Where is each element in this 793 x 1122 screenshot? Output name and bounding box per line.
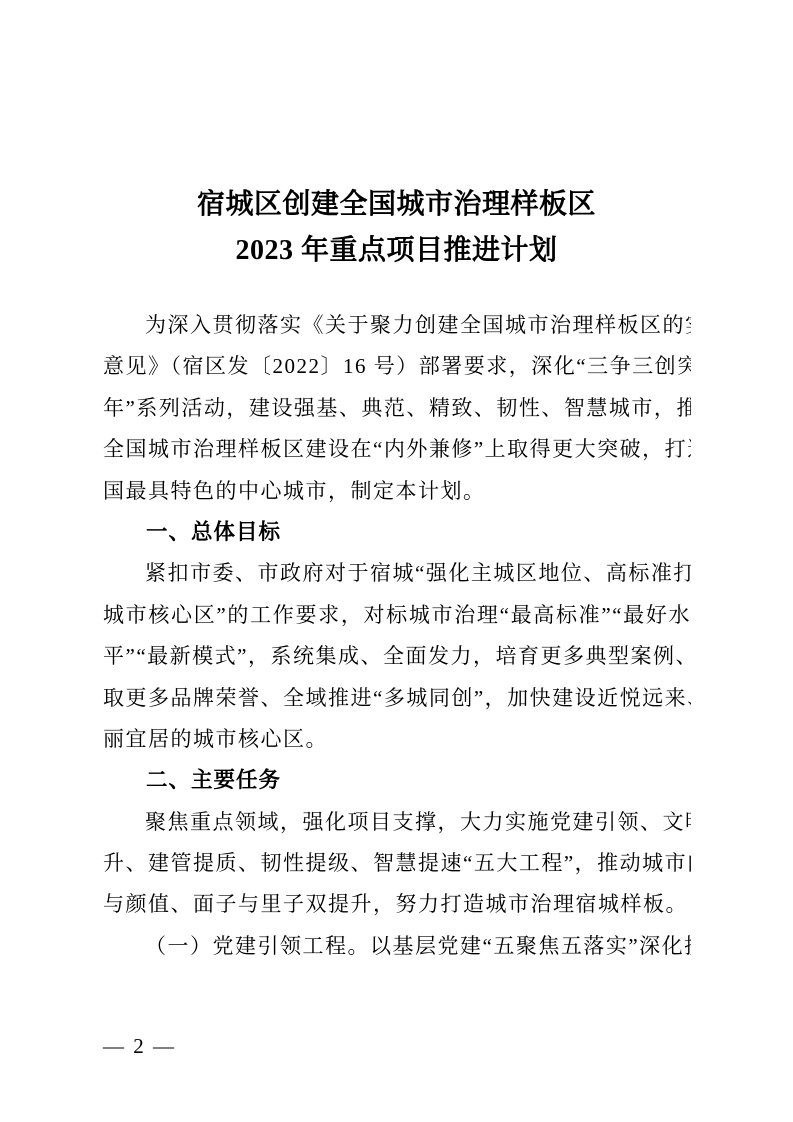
document-body: 为深入贯彻落实《关于聚力创建全国城市治理样板区的实施意见》（宿区发〔2022〕1… xyxy=(103,305,691,967)
section-heading: 一、总体目标 xyxy=(103,512,691,553)
body-text-line: 紧扣市委、市政府对于宿城“强化主城区地位、高标准打造 xyxy=(103,553,691,594)
body-text-line: 平”“最新模式”，系统集成、全面发力，培育更多典型案例、争 xyxy=(103,636,691,677)
document-title-line-1: 宿城区创建全国城市治理样板区 xyxy=(0,182,793,228)
page-number: — 2 — xyxy=(103,1034,176,1059)
body-text-line: 意见》（宿区发〔2022〕16 号）部署要求，深化“三争三创突破 xyxy=(103,346,691,387)
body-text-line: 年”系列活动，建设强基、典范、精致、韧性、智慧城市，推进 xyxy=(103,388,691,429)
document-page: 宿城区创建全国城市治理样板区 2023 年重点项目推进计划 为深入贯彻落实《关于… xyxy=(0,0,793,1122)
document-title: 宿城区创建全国城市治理样板区 2023 年重点项目推进计划 xyxy=(0,182,793,274)
body-text-line: 丽宜居的城市核心区。 xyxy=(103,719,691,760)
body-text-line: 全国城市治理样板区建设在“内外兼修”上取得更大突破，打造全 xyxy=(103,429,691,470)
body-text-line: 聚焦重点领域，强化项目支撑，大力实施党建引领、文明提 xyxy=(103,802,691,843)
body-text-line: 取更多品牌荣誉、全域推进“多城同创”，加快建设近悦远来、美 xyxy=(103,678,691,719)
body-text-line: 与颜值、面子与里子双提升，努力打造城市治理宿城样板。 xyxy=(103,884,691,925)
document-title-line-2: 2023 年重点项目推进计划 xyxy=(0,228,793,274)
body-text-line: 国最具特色的中心城市，制定本计划。 xyxy=(103,471,691,512)
body-text-line: 为深入贯彻落实《关于聚力创建全国城市治理样板区的实施 xyxy=(103,305,691,346)
body-text-line: （一）党建引领工程。以基层党建“五聚焦五落实”深化提升 xyxy=(103,926,691,967)
body-text-line: 升、建管提质、韧性提级、智慧提速“五大工程”，推动城市内涵 xyxy=(103,843,691,884)
body-text-line: 城市核心区”的工作要求，对标城市治理“最高标准”“最好水 xyxy=(103,595,691,636)
section-heading: 二、主要任务 xyxy=(103,760,691,801)
